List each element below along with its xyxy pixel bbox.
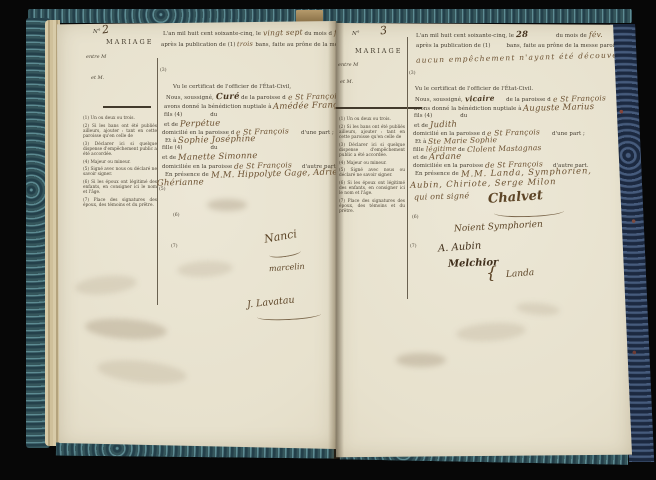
right-certificate-line: Vu le certificat de l'officier de l'État… (415, 86, 533, 92)
right-date-line: L'an mil huit cent soixante-cinq, le 28 … (416, 31, 602, 40)
footnote-6: (6) Si les époux ont légitimé des enfant… (339, 181, 405, 196)
ink-bleed-stain (177, 260, 234, 279)
right-publication-line: après la publication de (1) bans, faite … (416, 43, 640, 49)
right-signature-2: A. Aubin (438, 242, 482, 255)
left-certificate-line: Vu le certificat de l'officier de l'État… (173, 84, 291, 90)
left-heading: MARIAGE (106, 38, 153, 46)
right-interline-handwritten: aucun empêchement n'ayant été découvert (416, 51, 627, 64)
right-signature-4: Landa (506, 269, 535, 280)
left-witnesses1-handwritten: M.M. Hippolyte Gage, Adrien (210, 168, 342, 180)
left-marker-7: (7) (171, 244, 178, 249)
left-du2-print: du (210, 145, 217, 151)
right-month-print: du mois de (556, 33, 587, 39)
right-footnotes: (1) Un ou deux ou trois. (2) Si les bans… (339, 117, 405, 217)
right-marker-6: (6) (412, 215, 419, 220)
right-marker-7: (7) (410, 244, 417, 249)
right-date-print: L'an mil huit cent soixante-cinq, le (416, 33, 514, 39)
ink-bleed-stain (96, 356, 188, 387)
footnote-6: (6) Si les époux ont légitimé des enfant… (83, 180, 157, 195)
left-signature-2: marcelin (269, 263, 305, 273)
right-publication-print-a: après la publication de (1) (416, 43, 491, 49)
ink-bleed-stain (84, 316, 167, 342)
left-officiant-handwritten: Curé (216, 93, 240, 102)
footnote-2: (2) Si les bans ont été publiés ailleurs… (339, 125, 405, 140)
left-signature-3-paraph (257, 309, 321, 321)
register-scan: N° 2 MARIAGE entre M et M. (1) Un ou deu… (0, 0, 656, 480)
left-entre-label: entre M (86, 54, 106, 60)
left-parish-print: de la paroisse d (241, 95, 286, 101)
left-eta-print: Et à (165, 138, 176, 144)
left-signature-1-paraph (269, 247, 302, 259)
right-day-handwritten: 28 (516, 31, 528, 40)
left-date-line: L'an mil huit cent soixante-cinq, le vin… (163, 29, 346, 37)
right-benediction-print: avons donné la bénédiction nuptiale à (414, 106, 522, 112)
left-marker-5: (5) (159, 187, 166, 192)
left-fille-line: fille (4) du (162, 145, 218, 151)
left-bride-mother-line: et de Manette Simonne (162, 153, 258, 162)
footnote-3: (3) Déclarer ici si quelque dispense d'e… (339, 143, 405, 158)
left-bride-line: Et à Sophie Joséphine (165, 136, 256, 145)
footnote-5: (5) Signé avec nous ou déclaré ne savoir… (339, 168, 405, 178)
left-signature-1: Nanci (263, 228, 297, 245)
right-signature-brace: { (486, 263, 497, 283)
left-marker-3: (3) (160, 68, 167, 73)
left-et-label: et M. (91, 75, 104, 81)
left-du-print: du (210, 112, 217, 118)
left-benediction-print: avons donné la bénédiction nuptiale à (164, 104, 272, 110)
book-gutter (328, 21, 344, 459)
right-fils-line: fils (4) du (414, 113, 467, 119)
footnote-7: (7) Place des signatures des époux, des … (83, 198, 157, 208)
left-fille-print: fille (4) (162, 145, 183, 151)
footnote-4: (4) Majeur ou mineur. (83, 160, 157, 165)
right-month-handwritten: fév. (589, 31, 603, 39)
right-column-rule (407, 37, 408, 299)
footnote-3: (3) Déclarer ici si quelque dispense d'e… (83, 142, 157, 157)
right-number-label: N° (352, 31, 360, 37)
right-marker-3: (3) (409, 71, 416, 76)
right-unepart-print: d'une part ; (552, 131, 585, 137)
right-officiant-handwritten: vicaire (465, 95, 495, 103)
right-page: N° 3 MARIAGE entre M et M. (1) Un ou deu… (336, 23, 632, 459)
left-date-print: L'an mil huit cent soixante-cinq, le (163, 31, 261, 37)
left-benediction-line: avons donné la bénédiction nuptiale à Am… (164, 102, 351, 111)
left-fils-print: fils (4) (164, 112, 182, 118)
right-number-value: 3 (379, 24, 388, 38)
left-page: N° 2 MARIAGE entre M et M. (1) Un ou deu… (57, 21, 336, 449)
footnote-5: (5) Signé avec nous ou déclaré ne savoir… (83, 167, 157, 177)
right-nous-print: Nous, soussigné, (415, 97, 463, 103)
right-heading: MARIAGE (355, 47, 402, 55)
footnote-2: (2) Si les bans ont été publiés ailleurs… (83, 124, 157, 139)
footnote-7: (7) Place des signatures des époux, des … (339, 199, 405, 214)
headband (296, 10, 323, 22)
left-nous-print: Nous, soussigné, (166, 95, 214, 101)
right-header-rule (336, 107, 422, 109)
right-groom-handwritten: Auguste Marius (523, 103, 594, 113)
left-number-value: 2 (101, 23, 110, 37)
ink-bleed-stain (455, 321, 526, 344)
ink-bleed-stain (516, 301, 561, 317)
left-etde2-print: et de (162, 155, 176, 161)
ink-bleed-stain (396, 353, 446, 367)
ink-bleed-stain (74, 273, 138, 297)
left-header-rule (103, 106, 151, 108)
left-bride-handwritten: Sophie Joséphine (178, 135, 256, 146)
left-fils-line: fils (4) du (164, 112, 217, 118)
right-fils-print: fils (4) (414, 113, 432, 119)
footnote-1: (1) Un ou deux ou trois. (83, 116, 157, 121)
right-presence-print: En présence de (415, 171, 459, 177)
left-day-handwritten: vingt sept (263, 28, 303, 37)
right-bride-father-handwritten: Clolent Mastagnas (467, 144, 542, 153)
left-bans-handwritten: trois (237, 41, 253, 48)
right-priest-paraph (494, 206, 564, 218)
left-marker-6: (6) (173, 213, 180, 218)
left-number-label: N° (93, 29, 101, 35)
left-signature-3: J. Lavatau (247, 296, 295, 310)
right-parish-print: de la paroisse d (506, 97, 551, 103)
left-footnotes: (1) Un ou deux ou trois. (2) Si les bans… (83, 116, 157, 211)
left-publication-print-a: après la publication de (1) (161, 42, 236, 48)
right-presence-line: En présence de M.M. Landa, Symphorien, (415, 169, 591, 178)
right-benediction-line: avons donné la bénédiction nuptiale à Au… (414, 104, 595, 113)
right-quiont-handwritten: qui ont signé (414, 192, 470, 201)
ink-bleed-stain (207, 199, 247, 211)
right-priest-signature: Chalvet (488, 189, 544, 206)
footnote-1: (1) Un ou deux ou trois. (339, 117, 405, 122)
right-du-print: du (460, 113, 467, 119)
footnote-4: (4) Majeur ou mineur. (339, 161, 405, 166)
right-signature-1: Noient Symphorien (454, 221, 543, 235)
